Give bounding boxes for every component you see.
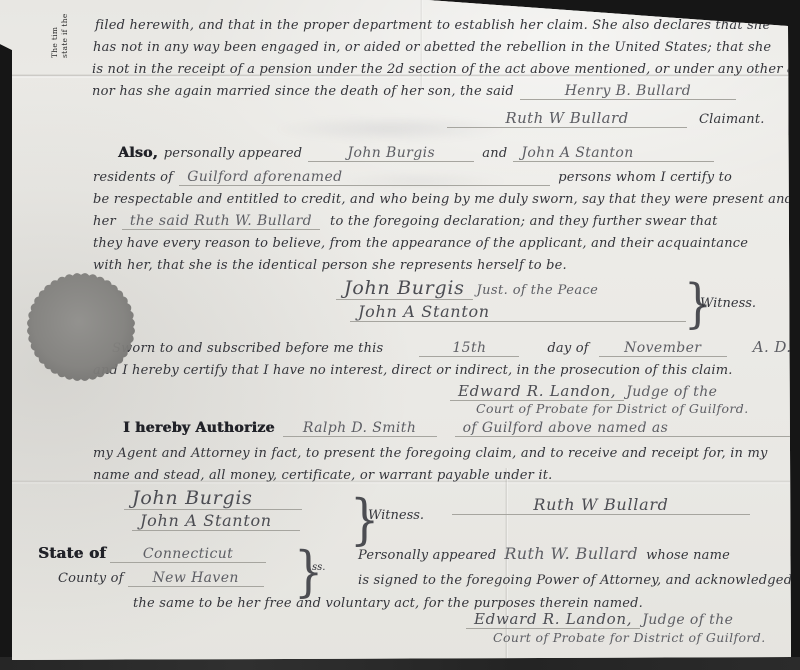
witness-label: Witness. (368, 508, 424, 523)
paper: The tim state if the filed herewith, and… (0, 0, 800, 670)
signature-line: Court of Probate for District of Guilfor… (493, 629, 766, 645)
signature-line: Court of Probate for District of Guilfor… (476, 400, 749, 416)
signature-line: John A Stanton (132, 513, 300, 531)
document-line: be respectable and entitled to credit, a… (93, 190, 800, 206)
signature: John Burgis (124, 489, 302, 510)
handwritten-entry: Court of Probate for District of Guilfor… (493, 632, 766, 645)
signature-line: John A Stanton (350, 304, 686, 322)
form-heading: Also, (118, 146, 158, 160)
printed-text: is not in the receipt of a pension under… (92, 63, 800, 76)
printed-text: personally appeared (164, 147, 303, 160)
document-line: Also,personally appearedJohn BurgisandJo… (118, 144, 714, 162)
handwritten-entry: Judge of the (626, 385, 717, 399)
handwritten-entry: Just. of the Peace (477, 284, 599, 297)
printed-text: nor has she again married since the deat… (92, 85, 514, 98)
printed-text: and (482, 147, 507, 160)
handwritten-entry: Court of Probate for District of Guilfor… (476, 403, 749, 416)
handwritten-entry: John Burgis (308, 146, 474, 162)
handwritten-entry: Guilford aforenamed (179, 170, 550, 186)
document-line: filed herewith, and that in the proper d… (95, 16, 770, 32)
handwritten-entry: Connecticut (110, 547, 266, 563)
document-line: they have every reason to believe, from … (93, 234, 748, 250)
signature-line: John Burgis (124, 489, 302, 510)
form-heading: I hereby Authorize (123, 421, 275, 435)
printed-text: and I hereby certify that I have no inte… (93, 364, 733, 377)
handwritten-entry: A. D. 1862, (753, 340, 800, 355)
handwritten-entry: Ruth W. Bullard (504, 546, 638, 562)
handwritten-entry: the said Ruth W. Bullard (122, 214, 320, 230)
document-line: is signed to the foregoing Power of Atto… (358, 571, 792, 587)
handwritten-entry: Ralph D. Smith (283, 421, 437, 437)
signature: Ruth W Bullard (452, 497, 750, 515)
handwritten-entry: Henry B. Bullard (520, 84, 736, 100)
document-line: I hereby AuthorizeRalph D. Smithof Guilf… (123, 419, 800, 437)
printed-text: is signed to the foregoing Power of Atto… (358, 574, 792, 587)
document-line: Personally appearedRuth W. Bullardwhose … (358, 546, 730, 562)
printed-text: residents of (93, 171, 173, 184)
document-line: the same to be her free and voluntary ac… (133, 594, 643, 610)
handwritten-entry: of Guilford above named as (455, 421, 800, 437)
signature: John A Stanton (350, 304, 686, 322)
printed-text: to the foregoing declaration; and they f… (330, 215, 718, 228)
document-line: and I hereby certify that I have no inte… (93, 361, 733, 377)
document-line: is not in the receipt of a pension under… (92, 60, 800, 76)
signature: John Burgis (336, 279, 473, 300)
form-heading: State of (38, 546, 106, 561)
document-line: name and stead, all money, certificate, … (93, 466, 553, 482)
printed-text: has not in any way been engaged in, or a… (93, 41, 771, 54)
printed-text: my Agent and Attorney in fact, to presen… (93, 447, 768, 460)
signature: Edward R. Landon, (450, 384, 624, 401)
signature-line: Edward R. Landon,Judge of the (450, 383, 717, 401)
document-line: with her, that she is the identical pers… (93, 256, 567, 272)
printed-text: whose name (646, 549, 730, 562)
ss-label: ss. (312, 562, 325, 573)
signature-line: Ruth W Bullard (452, 497, 750, 515)
printed-text: name and stead, all money, certificate, … (93, 469, 553, 482)
margin-note-line: The tim (50, 13, 60, 58)
margin-note-line: state if the (60, 13, 70, 58)
document-line: residents ofGuilford aforenamedpersons w… (93, 168, 732, 186)
handwritten-entry: Ruth W Bullard (447, 111, 687, 128)
signature-line: John BurgisJust. of the Peace (336, 279, 598, 300)
notary-seal (22, 268, 140, 386)
printed-text: with her, that she is the identical pers… (93, 259, 567, 272)
document-line: has not in any way been engaged in, or a… (93, 38, 771, 54)
document-line: nor has she again married since the deat… (92, 82, 736, 100)
signature-line: Edward R. Landon,Judge of the (466, 611, 733, 629)
handwritten-entry: New Haven (128, 571, 264, 587)
margin-note: The tim state if the (50, 13, 70, 58)
printed-text: be respectable and entitled to credit, a… (93, 193, 800, 206)
printed-text: Sworn to and subscribed before me this (112, 342, 383, 355)
document-line: County ofNew Haven (58, 569, 264, 587)
printed-text: filed herewith, and that in the proper d… (95, 19, 770, 32)
handwritten-entry: November (599, 341, 727, 357)
handwritten-entry: Judge of the (642, 613, 733, 627)
printed-text: the same to be her free and voluntary ac… (133, 597, 643, 610)
handwritten-entry: John A Stanton (513, 146, 714, 162)
printed-text: Claimant. (699, 113, 765, 126)
document-line: my Agent and Attorney in fact, to presen… (93, 444, 768, 460)
document-line: herthe said Ruth W. Bullardto the forego… (93, 212, 718, 230)
signature: Edward R. Landon, (466, 612, 640, 629)
printed-text: they have every reason to believe, from … (93, 237, 748, 250)
handwritten-entry: 15th (419, 341, 519, 357)
document-line: Sworn to and subscribed before me this15… (112, 339, 800, 357)
signature: John A Stanton (132, 513, 300, 531)
printed-text: persons whom I certify to (558, 171, 732, 184)
printed-text: day of (547, 342, 588, 355)
document-line: State ofConnecticut (38, 545, 266, 563)
witness-label: Witness. (700, 296, 756, 311)
scanned-document: The tim state if the filed herewith, and… (0, 0, 800, 670)
printed-text: County of (58, 572, 124, 585)
printed-text: her (93, 215, 116, 228)
document-line: Ruth W BullardClaimant. (447, 110, 765, 128)
